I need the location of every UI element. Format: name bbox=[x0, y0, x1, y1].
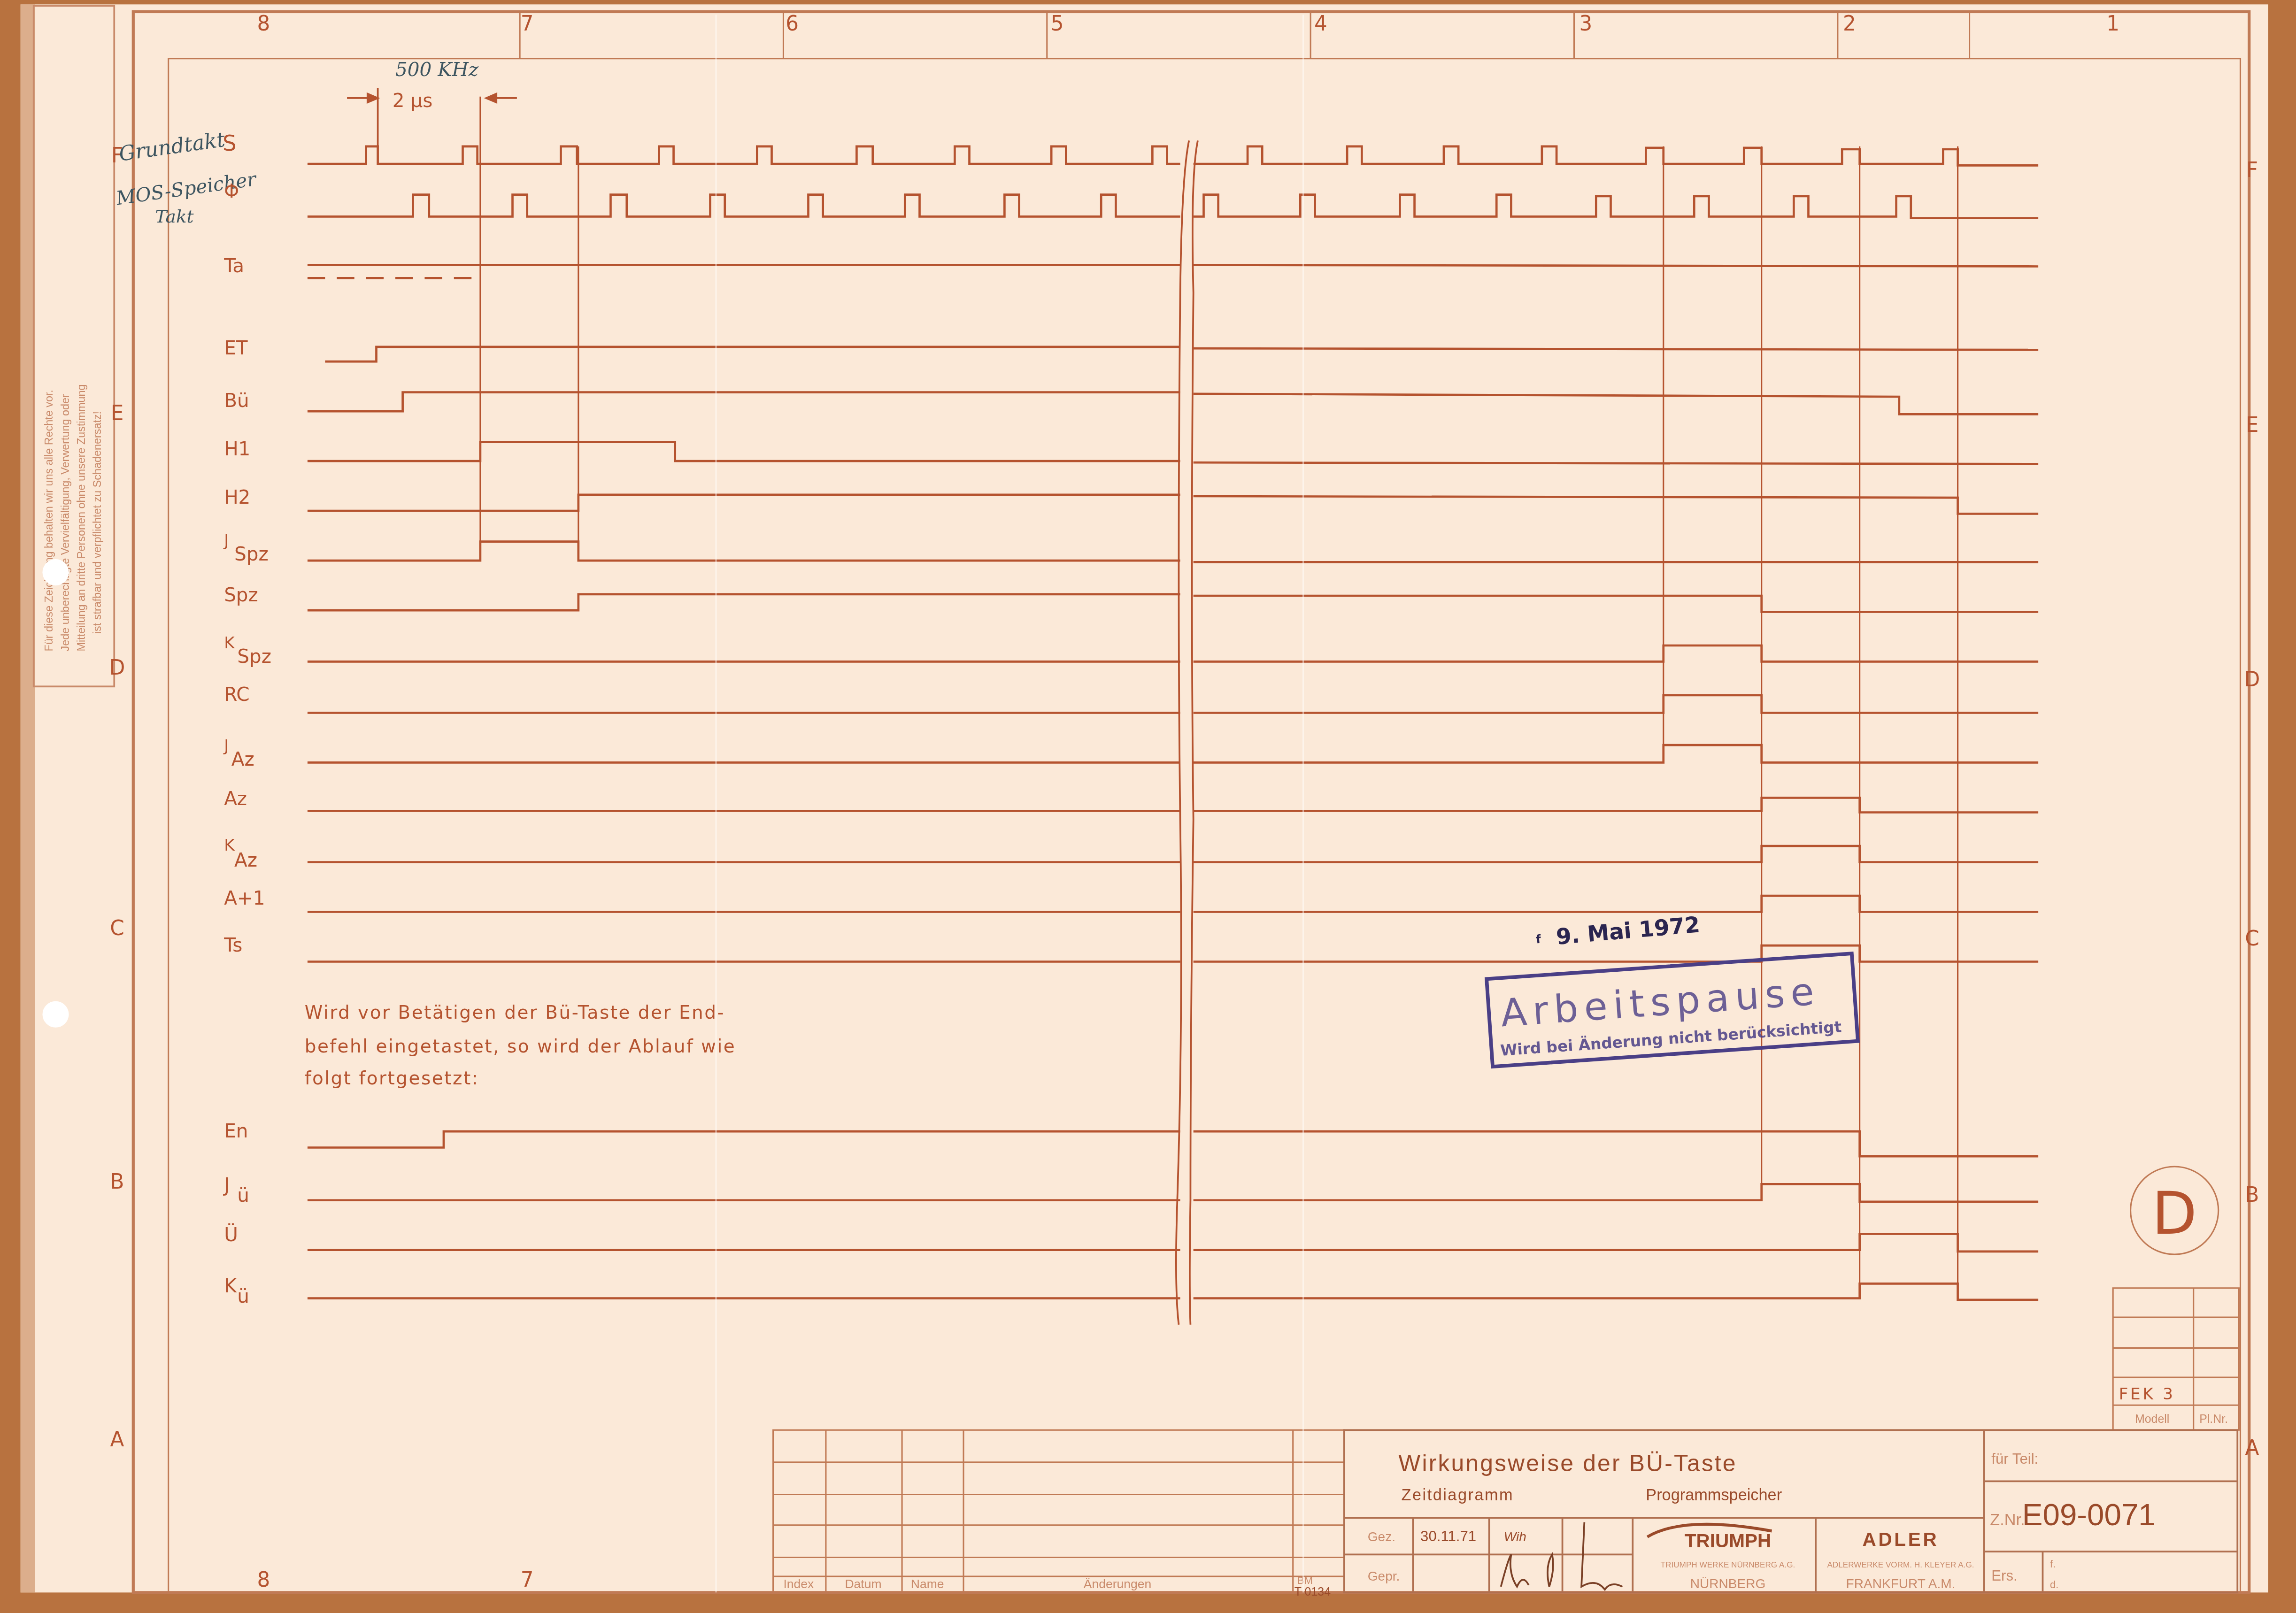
signal-label-phi: Φ bbox=[224, 180, 239, 202]
document-subtitle-right: Programmspeicher bbox=[1646, 1486, 1782, 1504]
drawing-number: E09-0071 bbox=[2022, 1498, 2156, 1532]
drawing-sheet: Für diese Zeichnung behalten wir uns all… bbox=[0, 0, 2296, 1613]
svg-text:A: A bbox=[110, 1428, 124, 1452]
svg-text:8: 8 bbox=[257, 1568, 270, 1592]
svg-text:D: D bbox=[2152, 1180, 2197, 1248]
signal-label-S: S bbox=[223, 131, 237, 156]
signal-label-Ta: Ta bbox=[223, 254, 244, 277]
svg-text:Änderungen: Änderungen bbox=[1084, 1577, 1151, 1591]
signal-label-Bue: Bü bbox=[224, 389, 249, 412]
frequency-note: 500 KHz bbox=[395, 58, 479, 81]
svg-text:folgt fortgesetzt:: folgt fortgesetzt: bbox=[305, 1068, 479, 1089]
svg-text:K: K bbox=[224, 836, 235, 855]
signal-label-Spz: Spz bbox=[224, 584, 258, 606]
svg-text:Az: Az bbox=[231, 748, 254, 770]
punch-hole bbox=[42, 1001, 69, 1028]
svg-text:B: B bbox=[2245, 1183, 2259, 1207]
svg-text:A: A bbox=[2245, 1436, 2259, 1460]
svg-text:BM: BM bbox=[1297, 1575, 1313, 1586]
svg-text:C: C bbox=[2245, 927, 2259, 951]
document-subtitle-left: Zeitdiagramm bbox=[1402, 1486, 1514, 1504]
svg-text:2: 2 bbox=[1843, 12, 1856, 36]
copyright-line-4: ist strafbar und verpflichtet zu Schaden… bbox=[91, 411, 103, 634]
svg-text:J: J bbox=[223, 531, 229, 550]
svg-text:ADLERWERKE VORM. H. KLEYER A.G: ADLERWERKE VORM. H. KLEYER A.G. bbox=[1827, 1560, 1974, 1569]
svg-text:J: J bbox=[223, 1174, 230, 1196]
model-label: Modell bbox=[2135, 1413, 2169, 1426]
svg-text:D: D bbox=[109, 656, 125, 680]
document-title: Wirkungsweise der BÜ-Taste bbox=[1398, 1450, 1737, 1476]
signal-label-A+1: A+1 bbox=[224, 887, 265, 909]
svg-text:1: 1 bbox=[2106, 12, 2119, 36]
gez-date: 30.11.71 bbox=[1420, 1528, 1476, 1544]
svg-text:NÜRNBERG: NÜRNBERG bbox=[1690, 1576, 1766, 1591]
svg-text:Index: Index bbox=[783, 1577, 814, 1591]
takt-note: Takt bbox=[155, 206, 194, 227]
svg-text:E: E bbox=[111, 401, 124, 425]
paper bbox=[21, 4, 2268, 1592]
svg-text:K: K bbox=[224, 1275, 237, 1297]
copyright-line-2: Jede unberechtigte Vervielfältigung, Ver… bbox=[59, 394, 71, 652]
svg-text:Spz: Spz bbox=[237, 645, 271, 668]
punch-hole bbox=[42, 559, 69, 585]
svg-text:6: 6 bbox=[786, 12, 799, 36]
svg-text:K: K bbox=[224, 634, 235, 653]
svg-text:Az: Az bbox=[234, 849, 257, 871]
gez-label: Gez. bbox=[1368, 1529, 1395, 1544]
signal-label-RC: RC bbox=[224, 684, 249, 706]
svg-text:Wird vor Betätigen der Bü-Tast: Wird vor Betätigen der Bü-Taste der End- bbox=[305, 1002, 725, 1023]
svg-text:befehl eingetastet, so wird de: befehl eingetastet, so wird der Ablauf w… bbox=[305, 1036, 736, 1057]
gez-initials: Wih bbox=[1504, 1529, 1526, 1544]
svg-text:J: J bbox=[223, 737, 229, 755]
svg-text:B: B bbox=[110, 1170, 124, 1194]
ers-label: Ers. bbox=[1991, 1567, 2017, 1584]
plnr-label: Pl.Nr. bbox=[2199, 1413, 2228, 1426]
timing-diagram: Für diese Zeichnung behalten wir uns all… bbox=[0, 0, 2296, 1613]
svg-text:FRANKFURT A.M.: FRANKFURT A.M. bbox=[1846, 1576, 1956, 1591]
svg-text:ü: ü bbox=[237, 1285, 249, 1307]
svg-text:Datum: Datum bbox=[845, 1577, 881, 1591]
svg-text:7: 7 bbox=[521, 12, 534, 36]
svg-text:ü: ü bbox=[237, 1184, 249, 1206]
svg-text:Spz: Spz bbox=[234, 543, 269, 565]
form-code: T 0134 bbox=[1294, 1585, 1331, 1598]
svg-text:Name: Name bbox=[911, 1577, 944, 1591]
svg-text:F: F bbox=[2246, 158, 2258, 182]
signal-label-En: En bbox=[224, 1120, 248, 1142]
signal-label-H1: H1 bbox=[224, 438, 250, 460]
model-code: FEK 3 bbox=[2119, 1385, 2175, 1404]
copyright-line-3: Mitteilung an dritte Personen ohne unser… bbox=[75, 384, 87, 651]
fuer-teil-label: für Teil: bbox=[1991, 1451, 2038, 1467]
signal-label-Ts: Ts bbox=[223, 934, 242, 956]
svg-text:5: 5 bbox=[1051, 12, 1064, 36]
period-label: 2 µs bbox=[393, 89, 433, 112]
signal-label-ET: ET bbox=[224, 337, 248, 359]
svg-text:D: D bbox=[2244, 668, 2260, 691]
signal-label-Ue: Ü bbox=[224, 1223, 238, 1246]
svg-text:TRIUMPH: TRIUMPH bbox=[1685, 1530, 1772, 1552]
signal-label-H2: H2 bbox=[224, 486, 250, 508]
svg-text:7: 7 bbox=[521, 1568, 534, 1592]
gepr-label: Gepr. bbox=[1368, 1569, 1400, 1583]
svg-text:4: 4 bbox=[1314, 12, 1327, 36]
svg-text:3: 3 bbox=[1579, 12, 1593, 36]
svg-text:f.: f. bbox=[2050, 1558, 2056, 1570]
drawing-number-label: Z.Nr. bbox=[1990, 1511, 2025, 1529]
signal-label-Az: Az bbox=[224, 787, 247, 810]
copyright-line-1: Für diese Zeichnung behalten wir uns all… bbox=[43, 390, 55, 651]
svg-text:TRIUMPH WERKE NÜRNBERG A.G.: TRIUMPH WERKE NÜRNBERG A.G. bbox=[1661, 1560, 1795, 1569]
svg-text:E: E bbox=[2246, 413, 2259, 437]
svg-text:C: C bbox=[110, 916, 124, 940]
svg-text:8: 8 bbox=[257, 12, 270, 36]
svg-text:ADLER: ADLER bbox=[1862, 1529, 1939, 1550]
svg-text:d.: d. bbox=[2050, 1579, 2058, 1590]
